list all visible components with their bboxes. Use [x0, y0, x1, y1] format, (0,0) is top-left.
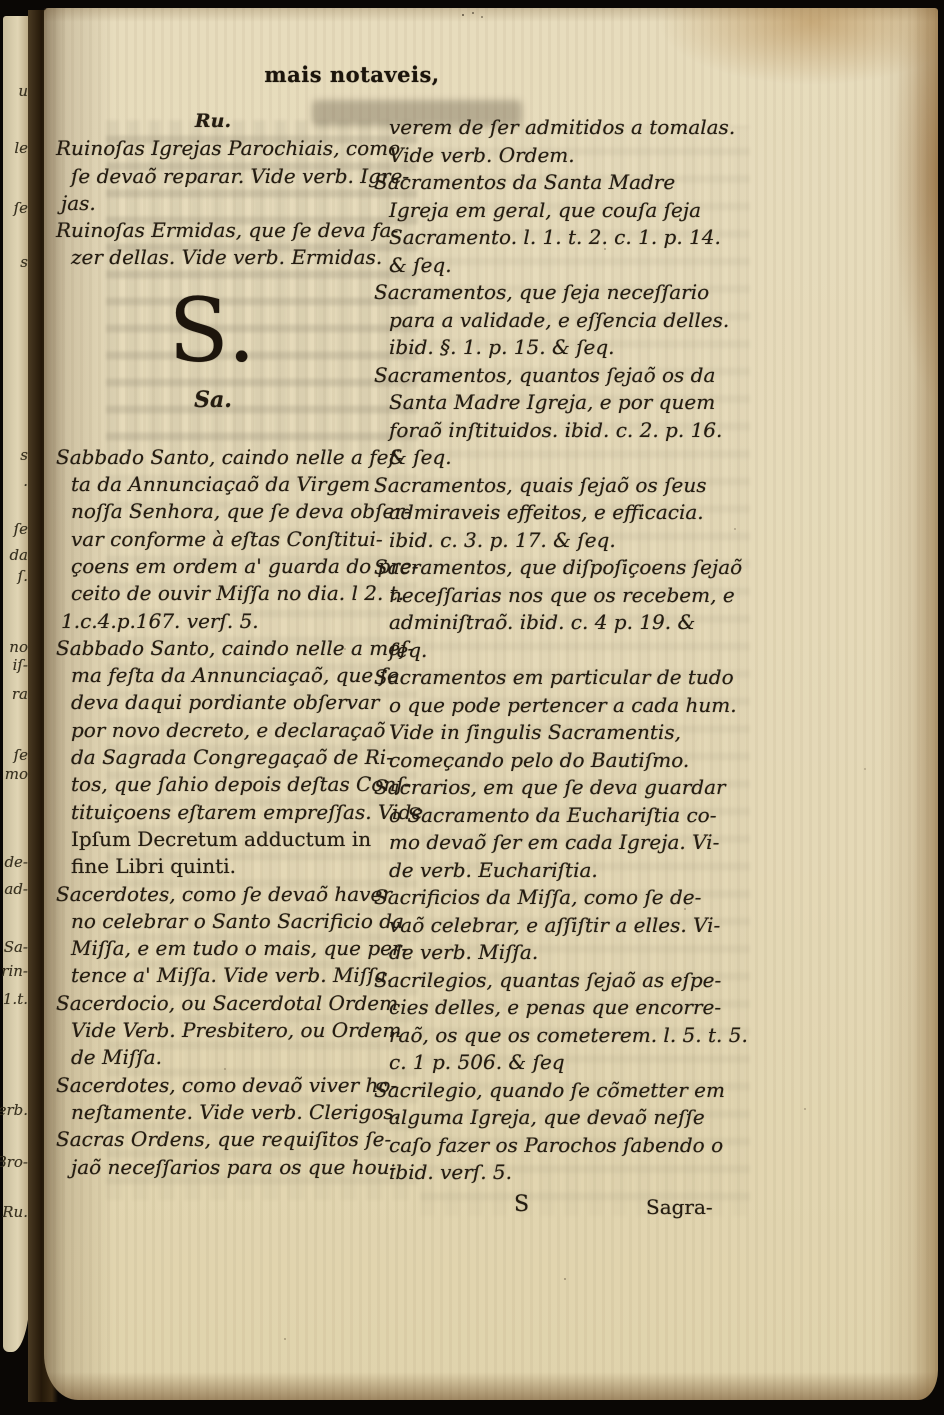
text-line: ibid. verſ. 5.: [374, 1159, 706, 1187]
text-line: admiraveis effeitos, e efficacia.: [374, 499, 706, 527]
text-line: caſo fazer os Parochos ſabendo o: [374, 1132, 706, 1160]
text-line: Ipſum Decretum adductum in: [56, 826, 370, 853]
text-line: jaõ neceſſarios para os que hou-: [56, 1154, 370, 1181]
text-line: Sacerdotes, como ſe devaõ haver: [56, 881, 370, 908]
text-line: de Miſſa.: [56, 1044, 370, 1071]
text-line: o Sacramento da Euchariſtia co-: [374, 802, 706, 830]
left-column: Ru.Ruinoſas Igrejas Parochiais, comoſe d…: [56, 108, 370, 1181]
text-line: fine Libri quinti.: [56, 853, 370, 880]
text-line: Vide verb. Ordem.: [374, 142, 706, 170]
text-line: foraõ inſtituidos. ibid. c. 2. p. 16.: [374, 417, 706, 445]
text-line: deva daqui pordiante obſervar: [56, 689, 370, 716]
text-line: mo devaõ ſer em cada Igreja. Vi-: [374, 829, 706, 857]
text-line: 1.c.4.p.167. verſ. 5.: [56, 608, 370, 635]
margin-fragment: rin-: [1, 963, 28, 979]
text-line: Sa.: [56, 378, 370, 422]
text-line: Sacramentos, que ſeja neceſſario: [374, 279, 706, 307]
text-line: Sacerdocio, ou Sacerdotal Ordem: [56, 990, 370, 1017]
text-line: para a validade, e eſſencia delles.: [374, 307, 706, 335]
text-line: ma feſta da Annunciaçaõ, que ſe: [56, 662, 370, 689]
text-line: Sacramentos, quantos ſejaõ os da: [374, 362, 706, 390]
text-line: Sacrilegio, quando ſe cõmetter em: [374, 1077, 706, 1105]
margin-fragment: ra: [12, 686, 28, 702]
text-line: Igreja em geral, que couſa ſeja: [374, 197, 706, 225]
margin-fragment: s: [20, 447, 28, 463]
text-line: alguma Igreja, que devaõ neſſe: [374, 1104, 706, 1132]
margin-fragment: Sa-: [4, 939, 28, 955]
text-line: & ſeq.: [374, 252, 706, 280]
margin-fragment: ſe: [14, 200, 28, 216]
text-line: tituiçoens eſtarem empreſſas. Vide: [56, 799, 370, 826]
text-line: Ruinoſas Ermidas, que ſe deva fa-: [56, 217, 370, 244]
margin-fragment: u: [18, 83, 28, 99]
text-line: tence a' Miſſa. Vide verb. Miſſa.: [56, 962, 370, 989]
running-head: mais notaveis,: [252, 62, 452, 88]
text-line: Vide in ſingulis Sacramentis,: [374, 719, 706, 747]
text-line: Sacramentos, quais ſejaõ os ſeus: [374, 472, 706, 500]
margin-fragment: ſe: [14, 747, 28, 763]
text-line: S.: [56, 284, 370, 378]
text-line: Vide Verb. Presbitero, ou Ordem: [56, 1017, 370, 1044]
text-line: Miſſa, e em tudo o mais, que per-: [56, 935, 370, 962]
margin-fragment: no: [9, 639, 28, 655]
margin-fragment: ad-: [4, 881, 28, 897]
text-line: Sacramento. l. 1. t. 2. c. 1. p. 14.: [374, 224, 706, 252]
book-photo: uleſess.ſedaſ.noiſ-raſemode-ad-Sa-rin-1.…: [0, 0, 944, 1415]
text-line: Sacramentos em particular de tudo: [374, 664, 706, 692]
text-line: cies delles, e penas que encorre-: [374, 994, 706, 1022]
margin-fragment: da: [9, 547, 28, 563]
right-column: verem de ſer admitidos a tomalas.Vide ve…: [374, 114, 706, 1187]
text-line: Sacramentos da Santa Madre: [374, 169, 706, 197]
margin-fragment: de-: [4, 854, 28, 870]
text-line: Sacramentos, que diſpoſiçoens ſejaõ: [374, 554, 706, 582]
text-line: ta da Annunciaçaõ da Virgem: [56, 471, 370, 498]
text-line: raõ, os que os cometerem. l. 5. t. 5.: [374, 1022, 706, 1050]
text-line: tos, que ſahio depois deſtas Conſ-: [56, 771, 370, 798]
text-line: Sacrarios, em que ſe deva guardar: [374, 774, 706, 802]
text-line: noſſa Senhora, que ſe deva obſer-: [56, 498, 370, 525]
text-line: Sabbado Santo, caindo nelle a meſ-: [56, 635, 370, 662]
text-line: Ru.: [56, 108, 370, 135]
text-line: zer dellas. Vide verb. Ermidas.: [56, 244, 370, 271]
text-line: ſe devaõ reparar. Vide verb. Igre-: [56, 163, 370, 190]
text-line: neceſſarias nos que os recebem, e: [374, 582, 706, 610]
text-line: vaõ celebrar, e aſſiſtir a elles. Vi-: [374, 912, 706, 940]
text-line: adminiſtraõ. ibid. c. 4 p. 19. &: [374, 609, 706, 637]
text-line: Sabbado Santo, caindo nelle a feſ-: [56, 444, 370, 471]
text-line: por novo decreto, e declaraçaõ: [56, 717, 370, 744]
catchword: Sagra-: [646, 1194, 713, 1220]
margin-fragment: Bro-: [0, 1154, 28, 1170]
text-line: Ruinoſas Igrejas Parochiais, como: [56, 135, 370, 162]
text-line: & ſeq.: [374, 444, 706, 472]
margin-fragment: 1.t.: [3, 991, 28, 1007]
text-line: da Sagrada Congregaçaõ de Ri-: [56, 744, 370, 771]
text-line: ceito de ouvir Miſſa no dia. l 2. t.: [56, 580, 370, 607]
text-line: çoens em ordem a' guarda do pre-: [56, 553, 370, 580]
facing-page-text-fragments: uleſess.ſedaſ.noiſ-raſemode-ad-Sa-rin-1.…: [0, 0, 34, 1415]
text-line: de verb. Miſſa.: [374, 939, 706, 967]
margin-fragment: ſe: [14, 521, 28, 537]
margin-fragment: .: [23, 473, 28, 489]
text-line: começando pelo do Bautiſmo.: [374, 747, 706, 775]
text-line: verem de ſer admitidos a tomalas.: [374, 114, 706, 142]
text-line: Sacerdotes, como devaõ viver ho-: [56, 1072, 370, 1099]
signature-mark: S: [514, 1192, 529, 1218]
text-line: o que pode pertencer a cada hum.: [374, 692, 706, 720]
margin-fragment: s: [20, 254, 28, 270]
text-line: var conforme à eſtas Conſtitui-: [56, 526, 370, 553]
text-line: Sacrilegios, quantas ſejaõ as eſpe-: [374, 967, 706, 995]
margin-fragment: le: [14, 140, 28, 156]
margin-fragment: verb.: [0, 1102, 28, 1118]
text-line: neſtamente. Vide verb. Clerigos.: [56, 1099, 370, 1126]
text-line: jas.: [56, 190, 370, 217]
text-line: Sacrificios da Miſſa, como ſe de-: [374, 884, 706, 912]
margin-fragment: Ru.: [2, 1204, 28, 1220]
margin-fragment: iſ-: [13, 657, 28, 673]
text-line: Santa Madre Igreja, e por quem: [374, 389, 706, 417]
text-line: ibid. §. 1. p. 15. & ſeq.: [374, 334, 706, 362]
paper-speckles: [44, 8, 46, 10]
text-line: c. 1 p. 506. & ſeq: [374, 1049, 706, 1077]
text-line: de verb. Euchariſtia.: [374, 857, 706, 885]
margin-fragment: mo: [5, 766, 28, 782]
text-line: Sacras Ordens, que requiſitos ſe-: [56, 1126, 370, 1153]
text-line: ſeq.: [374, 637, 706, 665]
margin-fragment: ſ.: [18, 568, 28, 584]
text-line: ibid. c. 3. p. 17. & ſeq.: [374, 527, 706, 555]
text-line: no celebrar o Santo Sacrificio da: [56, 908, 370, 935]
